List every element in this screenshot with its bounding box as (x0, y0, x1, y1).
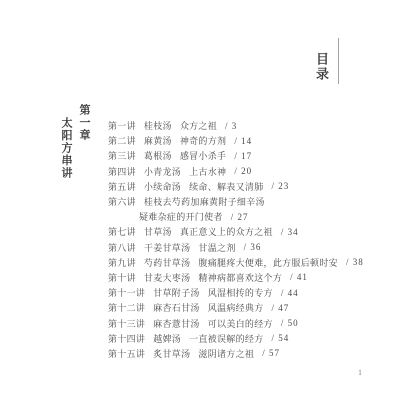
formula-title: 桂枝去芍药加麻黄附子细辛汤 (144, 195, 265, 208)
page-number: / 27 (231, 212, 249, 222)
formula-title: 干姜甘草汤 (144, 241, 191, 254)
page-number: / 44 (281, 288, 299, 298)
toc-row: 第十讲 甘麦大枣汤 精神病都喜欢这个方 / 41 (108, 270, 376, 285)
lecture-label: 第九讲 (108, 256, 136, 269)
page-number: / 20 (234, 166, 252, 176)
chapter-title: 太阳方串讲 (58, 117, 74, 180)
subtitle: 神奇的方剂 (180, 134, 227, 147)
toc-row: 第八讲 干姜甘草汤 甘温之剂 / 36 (108, 240, 376, 255)
toc-row: 第十二讲 麻杏石甘汤 风温病经典方 / 47 (108, 300, 376, 315)
toc-row: 第九讲 芍药甘草汤 腹痛腿疼大便难，此方服后顿时安 / 38 (108, 255, 376, 270)
page-number: / 3 (225, 121, 237, 131)
formula-title: 麻杏石甘汤 (153, 301, 200, 314)
subtitle: 风温病经典方 (208, 301, 264, 314)
formula-title: 越婢汤 (153, 332, 181, 345)
toc-row: 第六讲 桂枝去芍药加麻黄附子细辛汤 (108, 194, 376, 209)
subtitle: 风湿相抟的专方 (208, 286, 273, 299)
toc-list: 第一讲 桂枝汤 众方之祖 / 3 第二讲 麻黄汤 神奇的方剂 / 14 第三讲 … (108, 118, 376, 361)
page-number: / 23 (272, 181, 290, 191)
lecture-label: 第十五讲 (108, 347, 145, 360)
page-number: / 47 (272, 303, 290, 313)
subtitle: 可以美白的经方 (208, 317, 273, 330)
toc-row: 第四讲 小青龙汤 上古水神 / 20 (108, 164, 376, 179)
lecture-label: 第三讲 (108, 149, 136, 162)
formula-title: 葛根汤 (144, 149, 172, 162)
toc-row: 第十五讲 炙甘草汤 滋阴诸方之祖 / 57 (108, 346, 376, 361)
lecture-label: 第十四讲 (108, 332, 145, 345)
subtitle: 滋阴诸方之祖 (198, 347, 254, 360)
subtitle: 上古水神 (189, 165, 226, 178)
lecture-label: 第五讲 (108, 180, 136, 193)
formula-title: 炙甘草汤 (153, 347, 190, 360)
formula-title: 桂枝汤 (144, 119, 172, 132)
toc-row: 第三讲 葛根汤 感冒小杀手 / 17 (108, 148, 376, 163)
subtitle: 众方之祖 (180, 119, 217, 132)
chapter-number: 第一章 (76, 104, 92, 142)
lecture-label: 第六讲 (108, 195, 136, 208)
formula-title: 小青龙汤 (144, 165, 181, 178)
subtitle: 精神病都喜欢这个方 (198, 271, 282, 284)
toc-row: 第十一讲 甘草附子汤 风湿相抟的专方 / 44 (108, 285, 376, 300)
page-number: / 57 (262, 348, 280, 358)
formula-title: 甘草附子汤 (153, 286, 200, 299)
folio-page-number: 1 (358, 368, 363, 377)
lecture-label: 第七讲 (108, 225, 136, 238)
toc-row: 第十三讲 麻杏薏甘汤 可以美白的经方 / 50 (108, 315, 376, 330)
page-number: / 54 (272, 333, 290, 343)
formula-title: 小续命汤 (144, 180, 181, 193)
lecture-label: 第八讲 (108, 241, 136, 254)
toc-page: 目录 第一章 太阳方串讲 第一讲 桂枝汤 众方之祖 / 3 第二讲 麻黄汤 神奇… (0, 0, 400, 400)
formula-title: 麻黄汤 (144, 134, 172, 147)
page-number: / 38 (346, 257, 364, 267)
page-number: / 41 (290, 272, 308, 282)
formula-title: 芍药甘草汤 (144, 256, 191, 269)
formula-title: 甘草汤 (144, 225, 172, 238)
toc-row: 第七讲 甘草汤 真正意义上的众方之祖 / 34 (108, 224, 376, 239)
page-number: / 50 (281, 318, 299, 328)
subtitle: 感冒小杀手 (180, 149, 227, 162)
toc-row: 第二讲 麻黄汤 神奇的方剂 / 14 (108, 133, 376, 148)
lecture-label: 第四讲 (108, 165, 136, 178)
lecture-label: 第一讲 (108, 119, 136, 132)
toc-row: 第十四讲 越婢汤 一直被误解的经方 / 54 (108, 331, 376, 346)
toc-row: 疑难杂症的开门使者 / 27 (108, 209, 376, 224)
lecture-label: 第十讲 (108, 271, 136, 284)
subtitle: 真正意义上的众方之祖 (180, 225, 273, 238)
title-rule (338, 38, 339, 84)
lecture-label: 第十一讲 (108, 286, 145, 299)
page-number: / 34 (281, 227, 299, 237)
formula-title: 麻杏薏甘汤 (153, 317, 200, 330)
formula-title: 甘麦大枣汤 (144, 271, 191, 284)
subtitle: 甘温之剂 (198, 241, 235, 254)
page-number: / 17 (234, 151, 252, 161)
subtitle: 腹痛腿疼大便难，此方服后顿时安 (198, 256, 338, 269)
lecture-label: 第二讲 (108, 134, 136, 147)
toc-row: 第五讲 小续命汤 续命、解表又清肺 / 23 (108, 179, 376, 194)
page-title: 目录 (312, 52, 331, 82)
subtitle: 一直被误解的经方 (189, 332, 263, 345)
lecture-label: 第十二讲 (108, 301, 145, 314)
toc-row: 第一讲 桂枝汤 众方之祖 / 3 (108, 118, 376, 133)
subtitle: 续命、解表又清肺 (189, 180, 263, 193)
subtitle: 疑难杂症的开门使者 (139, 210, 223, 223)
page-number: / 14 (234, 136, 252, 146)
page-number: / 36 (244, 242, 262, 252)
lecture-label: 第十三讲 (108, 317, 145, 330)
